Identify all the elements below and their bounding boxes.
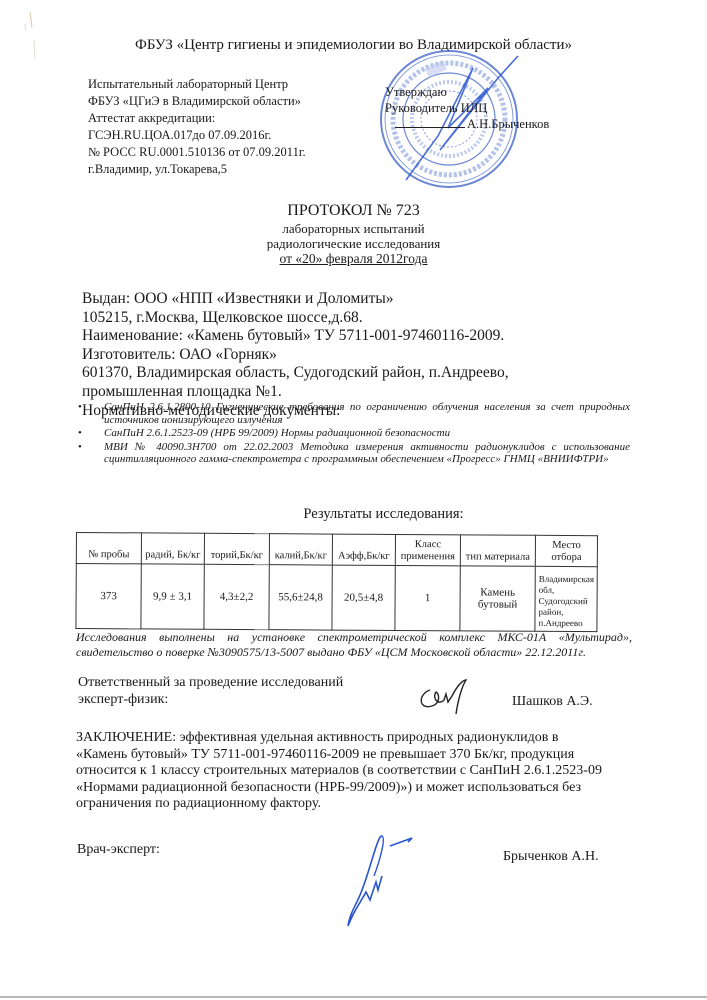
normative-documents-list: СанПиН 2.6.1.2800-10 Гигиенические требо… [82, 401, 630, 467]
normative-document: СанПиН 2.6.1.2523-09 (НРБ 99/2009) Нормы… [82, 427, 630, 440]
column-header: тип материала [460, 535, 535, 566]
lab-info-line: ГСЭН.RU.ЦОА.017до 07.09.2016г. [88, 127, 306, 144]
issued-line: Выдан: ООО «НПП «Известняки и Доломиты» [82, 290, 509, 309]
table-header-row: № пробы радий, Бк/кг торий,Бк/кг калий,Б… [76, 533, 597, 567]
column-header: Аэфф,Бк/кг [332, 534, 395, 565]
column-header: Класс применения [395, 534, 460, 565]
column-header: радий, Бк/кг [141, 533, 204, 564]
conclusion-line: ограничения по радиационному фактору. [76, 796, 616, 813]
approval-block: Утверждаю Руководитель ИЛЦ А.Н.Брыченков [385, 84, 549, 132]
issued-line: промышленная площадка №1. [82, 383, 509, 402]
approval-title: Руководитель ИЛЦ [385, 100, 549, 116]
organization-title: ФБУЗ «Центр гигиены и эпидемиологии во В… [0, 37, 707, 54]
instrument-note: Исследования выполнены на установке спек… [76, 630, 632, 660]
protocol-subtitle: радиологические исследования [0, 236, 707, 251]
protocol-title: ПРОТОКОЛ № 723 [0, 201, 707, 221]
lab-info-line: ФБУЗ «ЦГиЭ в Владимирской области» [88, 93, 306, 110]
table-row: 373 9,9 ± 3,1 4,3±2,2 55,6±24,8 20,5±4,8… [76, 564, 598, 632]
results-title: Результаты исследования: [0, 506, 707, 523]
conclusion-line: «Камень бутовый» ТУ 5711-001-97460116-20… [76, 747, 616, 764]
doctor-name: Брыченков А.Н. [503, 849, 599, 865]
responsible-label: Ответственный за проведение исследований [78, 674, 343, 691]
conclusion-line: «Нормами радиационной безопасности (НРБ-… [76, 780, 616, 797]
lab-info-block: Испытательный лабораторный Центр ФБУЗ «Ц… [88, 76, 306, 178]
column-header: Место отбора [535, 535, 597, 566]
cell-class: 1 [395, 565, 460, 630]
results-table: № пробы радий, Бк/кг торий,Бк/кг калий,Б… [75, 532, 598, 632]
cell-material: Камень бутовый [460, 566, 535, 631]
issued-line: 601370, Владимирская область, Судогодски… [82, 364, 509, 383]
lab-info-line: Аттестат аккредитации: [88, 110, 306, 127]
lab-info-line: № РОСС RU.0001.510136 от 07.09.2011г. [88, 144, 306, 161]
cell-place: Владимирская обл, Судогодский район, п.А… [535, 566, 598, 631]
issued-line: Наименование: «Камень бутовый» ТУ 5711-0… [82, 327, 509, 346]
normative-document: СанПиН 2.6.1.2800-10 Гигиенические требо… [82, 401, 630, 426]
lab-info-line: г.Владимир, ул.Токарева,5 [88, 161, 306, 178]
page-bottom-edge [0, 996, 707, 998]
lab-info-line: Испытательный лабораторный Центр [88, 76, 306, 93]
conclusion-line: ЗАКЛЮЧЕНИЕ: эффективная удельная активно… [76, 730, 616, 747]
signature-icon [416, 676, 476, 716]
normative-document: МВИ № 40090.3Н700 от 22.02.2003 Методика… [82, 441, 630, 466]
doctor-label: Врач-эксперт: [77, 842, 160, 858]
conclusion-line: относится к 1 классу строительных матери… [76, 763, 616, 780]
protocol-subtitle: лабораторных испытаний [0, 221, 707, 236]
column-header: № пробы [76, 533, 141, 564]
cell-radium: 9,9 ± 3,1 [141, 564, 204, 629]
cell-sample-number: 373 [76, 564, 141, 629]
signature-icon [320, 830, 430, 930]
approval-signer: А.Н.Брыченков [467, 117, 549, 131]
column-header: торий,Бк/кг [204, 533, 269, 564]
cell-a-eff: 20,5±4,8 [332, 565, 395, 630]
protocol-title-block: ПРОТОКОЛ № 723 лабораторных испытаний ра… [0, 201, 707, 267]
responsible-role: эксперт-физик: [78, 691, 343, 708]
responsible-name: Шашков А.Э. [512, 694, 593, 710]
issued-line: Изготовитель: ОАО «Горняк» [82, 346, 509, 365]
responsible-block: Ответственный за проведение исследований… [78, 674, 343, 708]
signature-line [395, 127, 465, 128]
column-header: калий,Бк/кг [269, 534, 332, 565]
cell-thorium: 4,3±2,2 [204, 564, 269, 629]
cell-potassium: 55,6±24,8 [269, 565, 332, 630]
conclusion-block: ЗАКЛЮЧЕНИЕ: эффективная удельная активно… [76, 730, 616, 813]
issued-line: 105215, г.Москва, Щелковское шоссе,д.68. [82, 309, 509, 328]
protocol-date: от «20» февраля 2012года [0, 251, 707, 267]
approval-line: Утверждаю [385, 84, 549, 100]
